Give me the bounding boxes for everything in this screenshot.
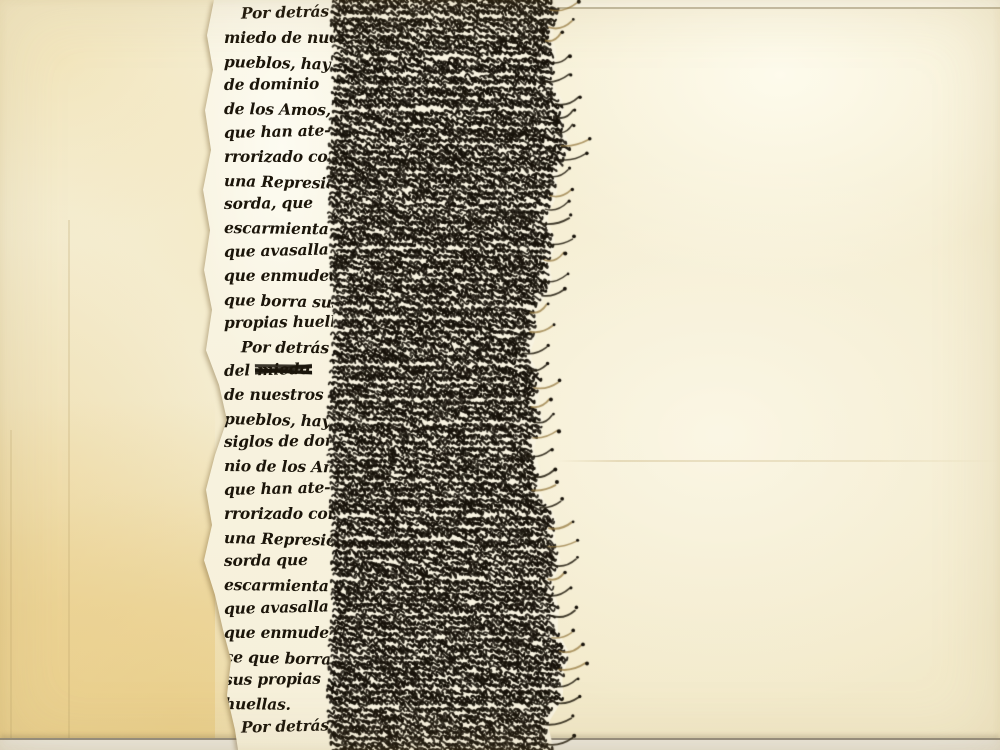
edge-vignette [0,0,1000,750]
artwork-canvas: Por detrás delmiedo de nuestrospueblos, … [0,0,1000,750]
